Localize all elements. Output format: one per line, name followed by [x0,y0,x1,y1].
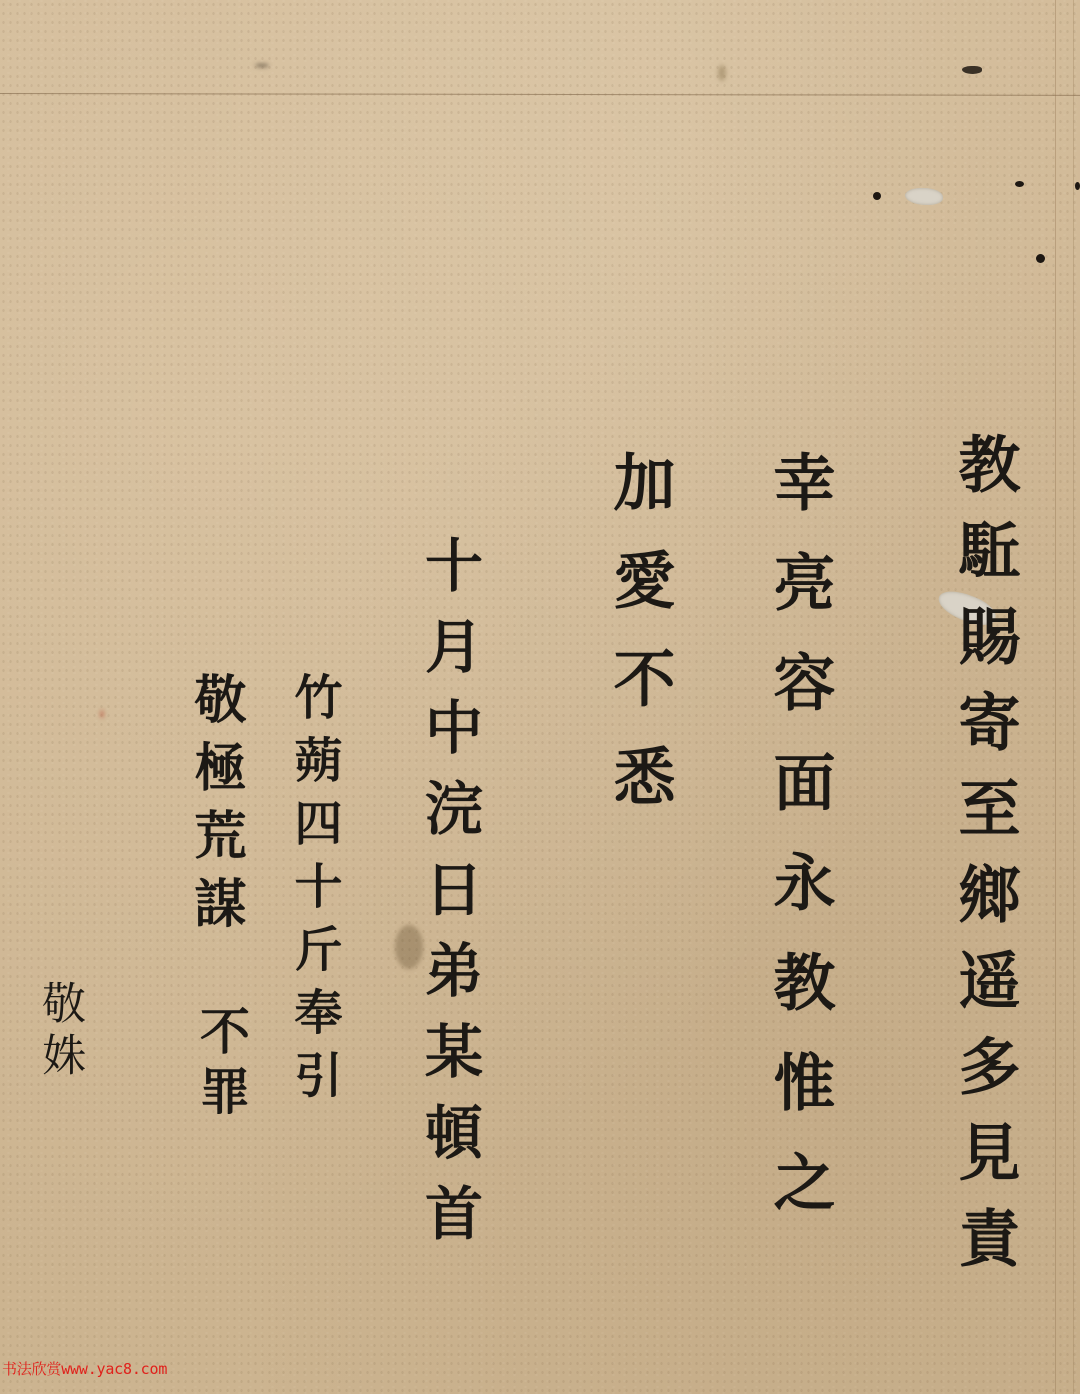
worm-hole [873,192,881,200]
text-column-6-top: 敬極荒謀 [178,672,253,944]
text-column-7-salutation: 敬姝 [27,980,91,1084]
ink-stain [718,65,726,81]
site-watermark: 书法欣赏www.yac8.com [2,1358,167,1379]
worm-hole [1075,182,1080,190]
text-column-4-date-signature: 十月中浣日弟某頓首 [407,535,491,1264]
text-column-6-bottom: 不罪 [185,1005,257,1125]
text-column-2: 幸亮容面永教惟之 [755,450,844,1250]
text-column-5: 竹蒴四十斤奉引 [280,672,349,1113]
worm-hole [1036,254,1045,263]
paper-background [0,0,1080,1394]
right-edge-line-outer [1073,0,1074,1394]
ink-stain [100,710,104,718]
worm-hole [962,66,982,74]
ink-stain [255,64,269,67]
worm-hole [1015,181,1024,187]
text-column-1: 教駈賜寄至鄉遥多見責 [940,432,1029,1292]
right-edge-line [1055,0,1056,1394]
text-column-3: 加愛不悉 [595,450,684,842]
